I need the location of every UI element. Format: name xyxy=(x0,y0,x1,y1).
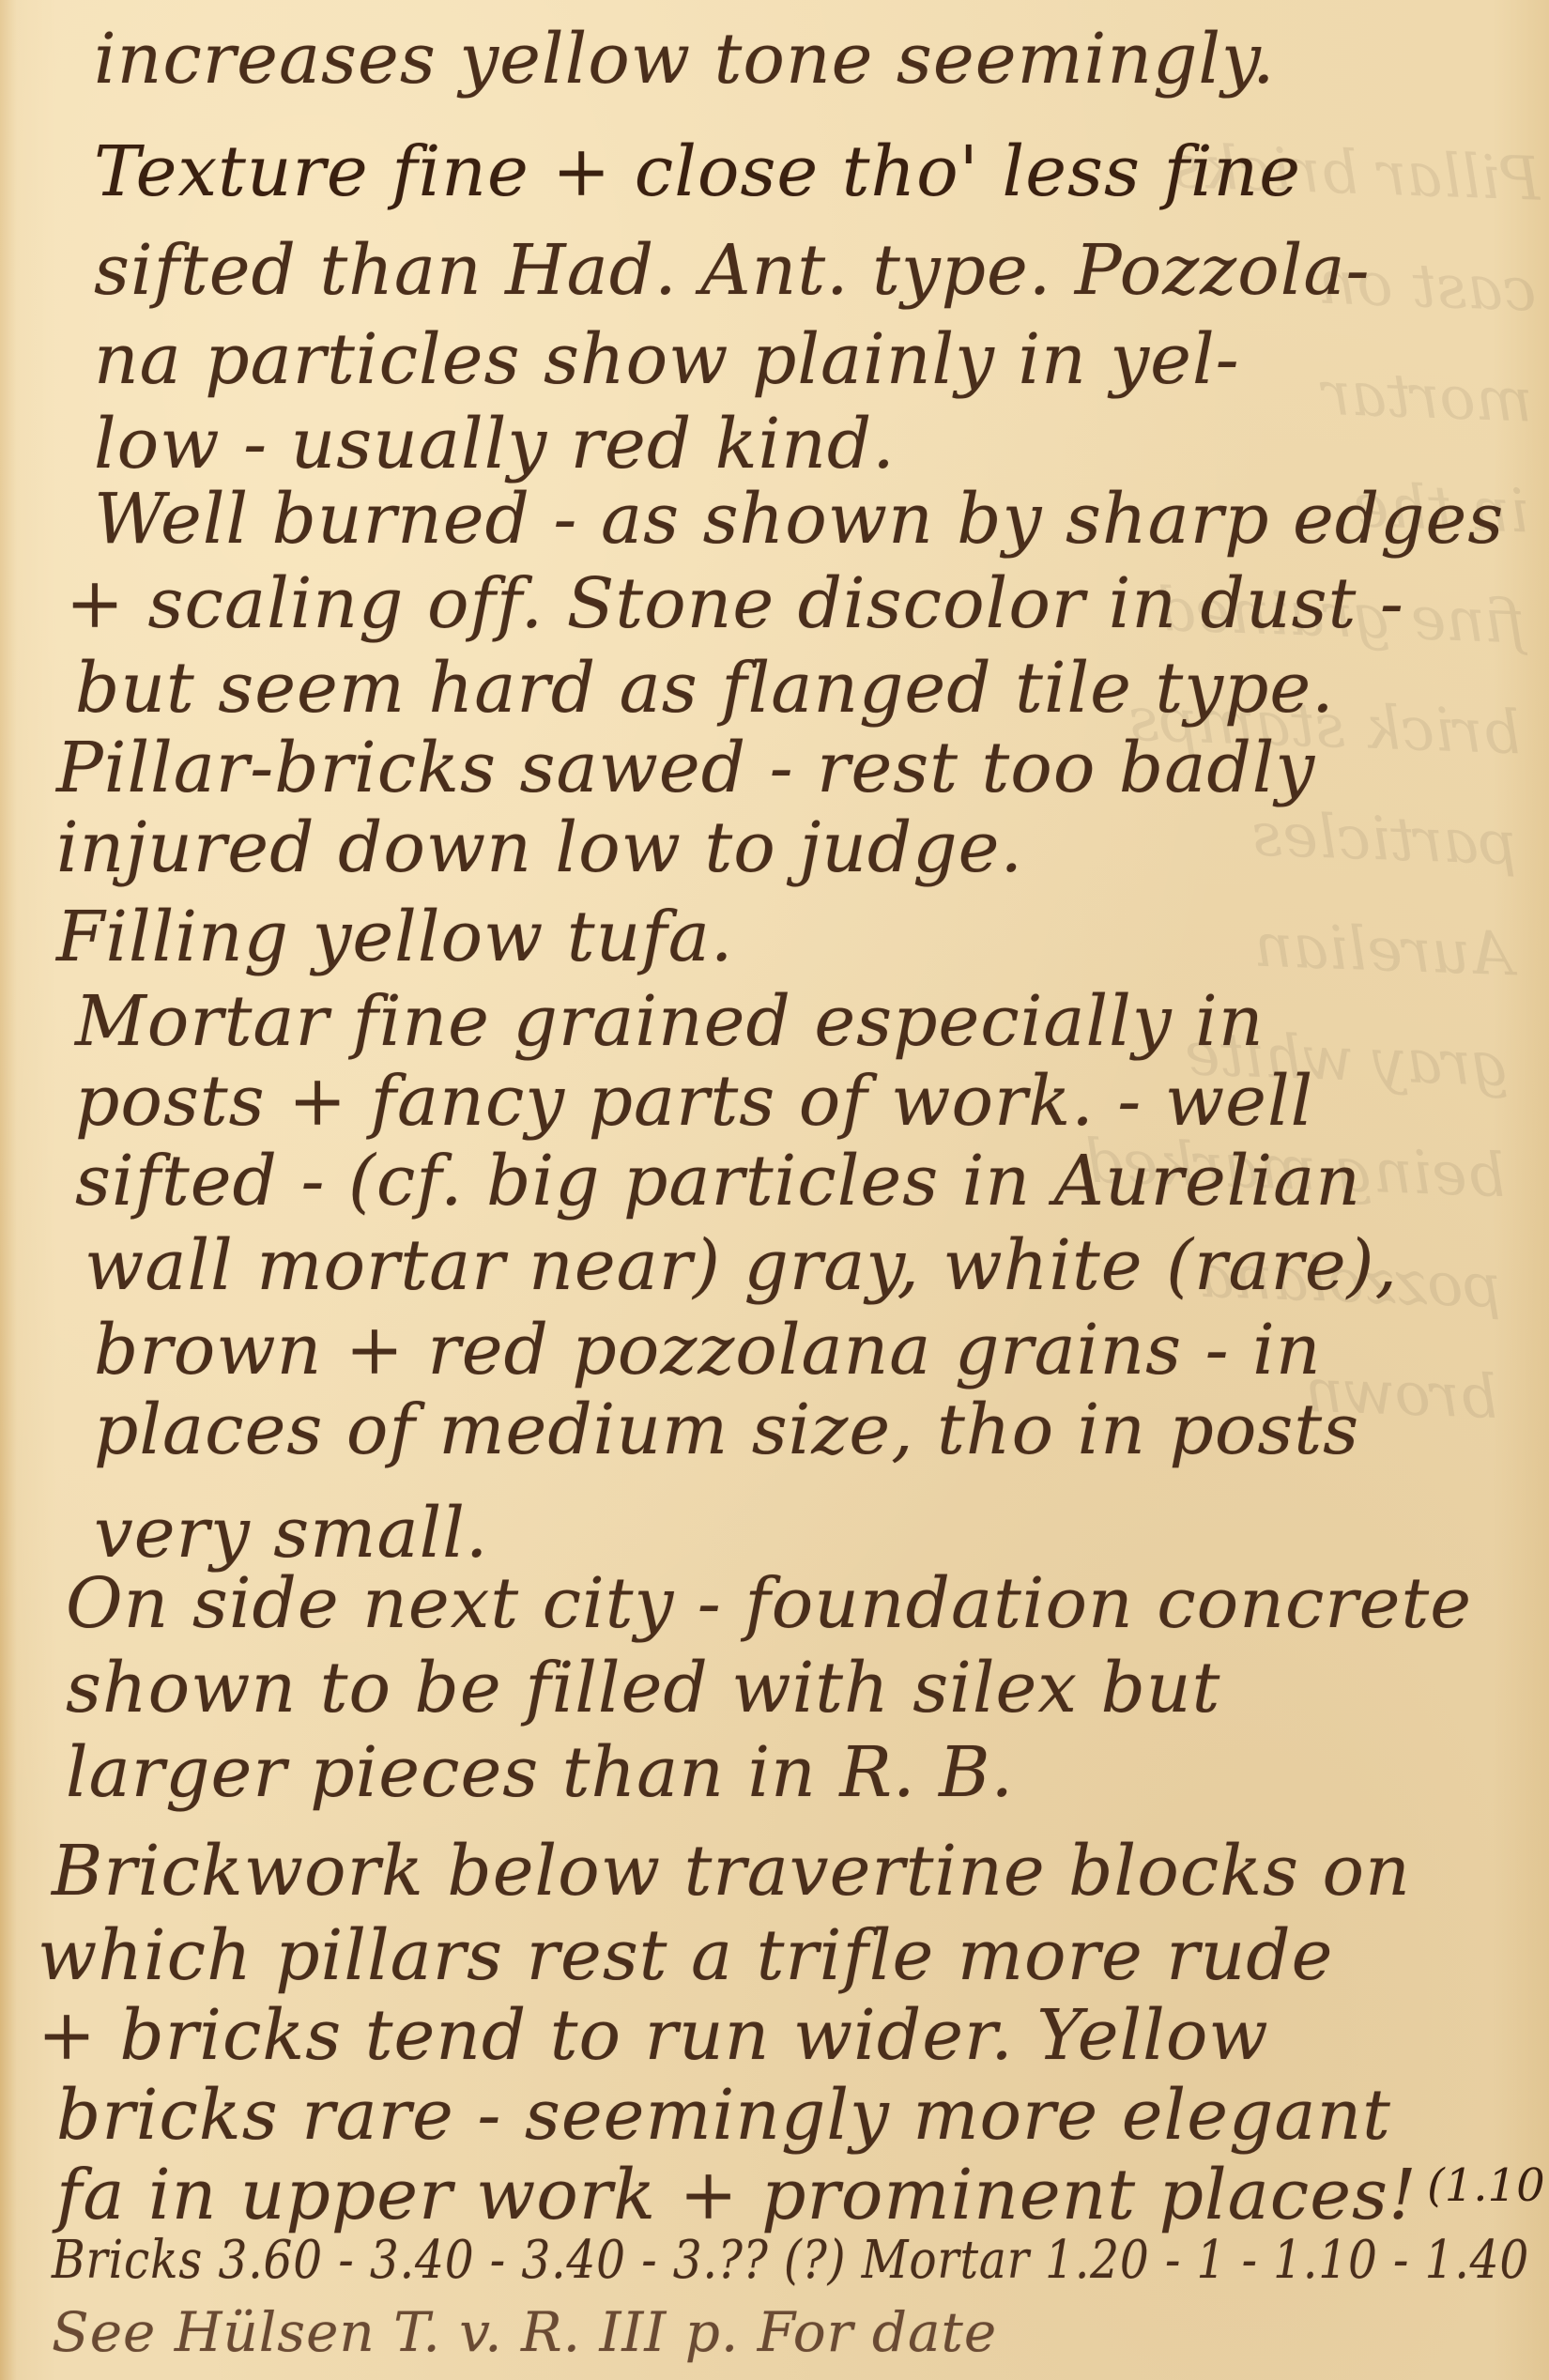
text-line-18: very small. xyxy=(94,1493,488,1574)
handwritten-text-block: increases yellow tone seemingly. Texture… xyxy=(0,0,1549,2380)
text-line-25: bricks rare - seemingly more elegant xyxy=(56,2075,1391,2156)
text-line-17: places of medium size, tho in posts xyxy=(94,1390,1359,1470)
text-line-28-reference: See Hülsen T. v. R. III p. For date xyxy=(52,2300,997,2364)
text-line-1: increases yellow tone seemingly. xyxy=(94,19,1276,100)
text-line-19: On side next city - foundation concrete xyxy=(66,1563,1472,1644)
text-line-5: low - usually red kind. xyxy=(94,404,896,484)
margin-note-measurement: (1.10 xyxy=(1427,2159,1545,2212)
text-line-7: + scaling off. Stone discolor in dust - xyxy=(66,563,1404,644)
text-line-22: Brickwork below travertine blocks on xyxy=(52,1831,1411,1912)
text-line-2: Texture fine + close tho' less fine xyxy=(94,131,1301,212)
text-line-6: Well burned - as shown by sharp edges xyxy=(94,479,1504,560)
text-line-27-measurements: Bricks 3.60 - 3.40 - 3.40 - 3.?? (?) Mor… xyxy=(52,2230,1529,2291)
text-line-14: sifted - (cf. big particles in Aurelian xyxy=(75,1141,1361,1221)
text-line-24: + bricks tend to run wider. Yellow xyxy=(38,1995,1269,2076)
text-line-3: sifted than Had. Ant. type. Pozzola- xyxy=(94,230,1371,311)
text-line-16: brown + red pozzolana grains - in xyxy=(94,1310,1321,1390)
text-line-20: shown to be filled with silex but xyxy=(66,1648,1220,1728)
text-line-23: which pillars rest a trifle more rude xyxy=(38,1915,1333,1996)
text-line-11: Filling yellow tufa. xyxy=(56,897,733,977)
text-line-13: posts + fancy parts of work. - well xyxy=(75,1061,1313,1142)
text-line-15: wall mortar near) gray, white (rare), xyxy=(84,1225,1398,1306)
manuscript-page: Pillar bricks cast on mortar in the fine… xyxy=(0,0,1549,2380)
text-line-26: fa in upper work + prominent places! xyxy=(56,2155,1418,2235)
text-line-12: Mortar fine grained especially in xyxy=(75,981,1265,1062)
text-line-10: injured down low to judge. xyxy=(56,807,1023,888)
text-line-8: but seem hard as flanged tile type. xyxy=(75,648,1335,729)
text-line-9: Pillar-bricks sawed - rest too badly xyxy=(56,728,1315,808)
text-line-21: larger pieces than in R. B. xyxy=(66,1732,1014,1813)
text-line-4: na particles show plainly in yel- xyxy=(94,319,1240,400)
